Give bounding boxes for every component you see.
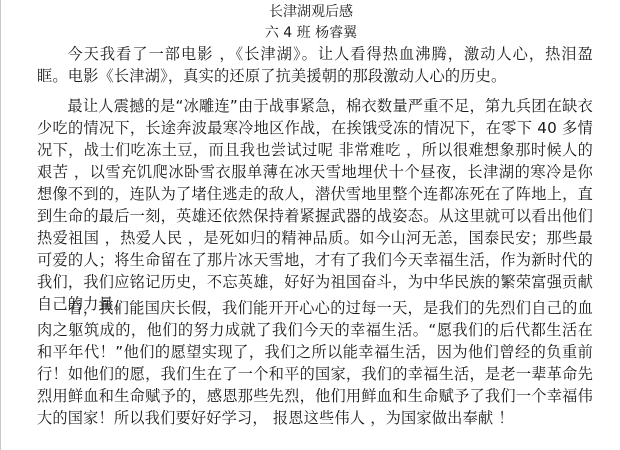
author-line: 六 4 班 杨睿翼 <box>1 24 620 42</box>
document-title: 长津湖观后感 <box>1 3 620 21</box>
document-page: 长津湖观后感 六 4 班 杨睿翼 今天我看了一部电影 ，《长津湖》。让人看得热血… <box>0 0 620 450</box>
paragraph-ice-sculpture-company: 最让人震撼的是“冰雕连”由于战事紧急，棉衣数量严重不足，第九兵团在缺衣少吃的情况… <box>37 95 593 315</box>
paragraph-intro: 今天我看了一部电影 ，《长津湖》。让人看得热血沸腾，激动人心，热泪盈眶。电影《长… <box>37 43 593 87</box>
paragraph-conclusion: 看，我们能国庆长假，我们能开开心心的过每一天，是我们的先烈们自己的血肉之躯筑成的… <box>37 297 593 429</box>
